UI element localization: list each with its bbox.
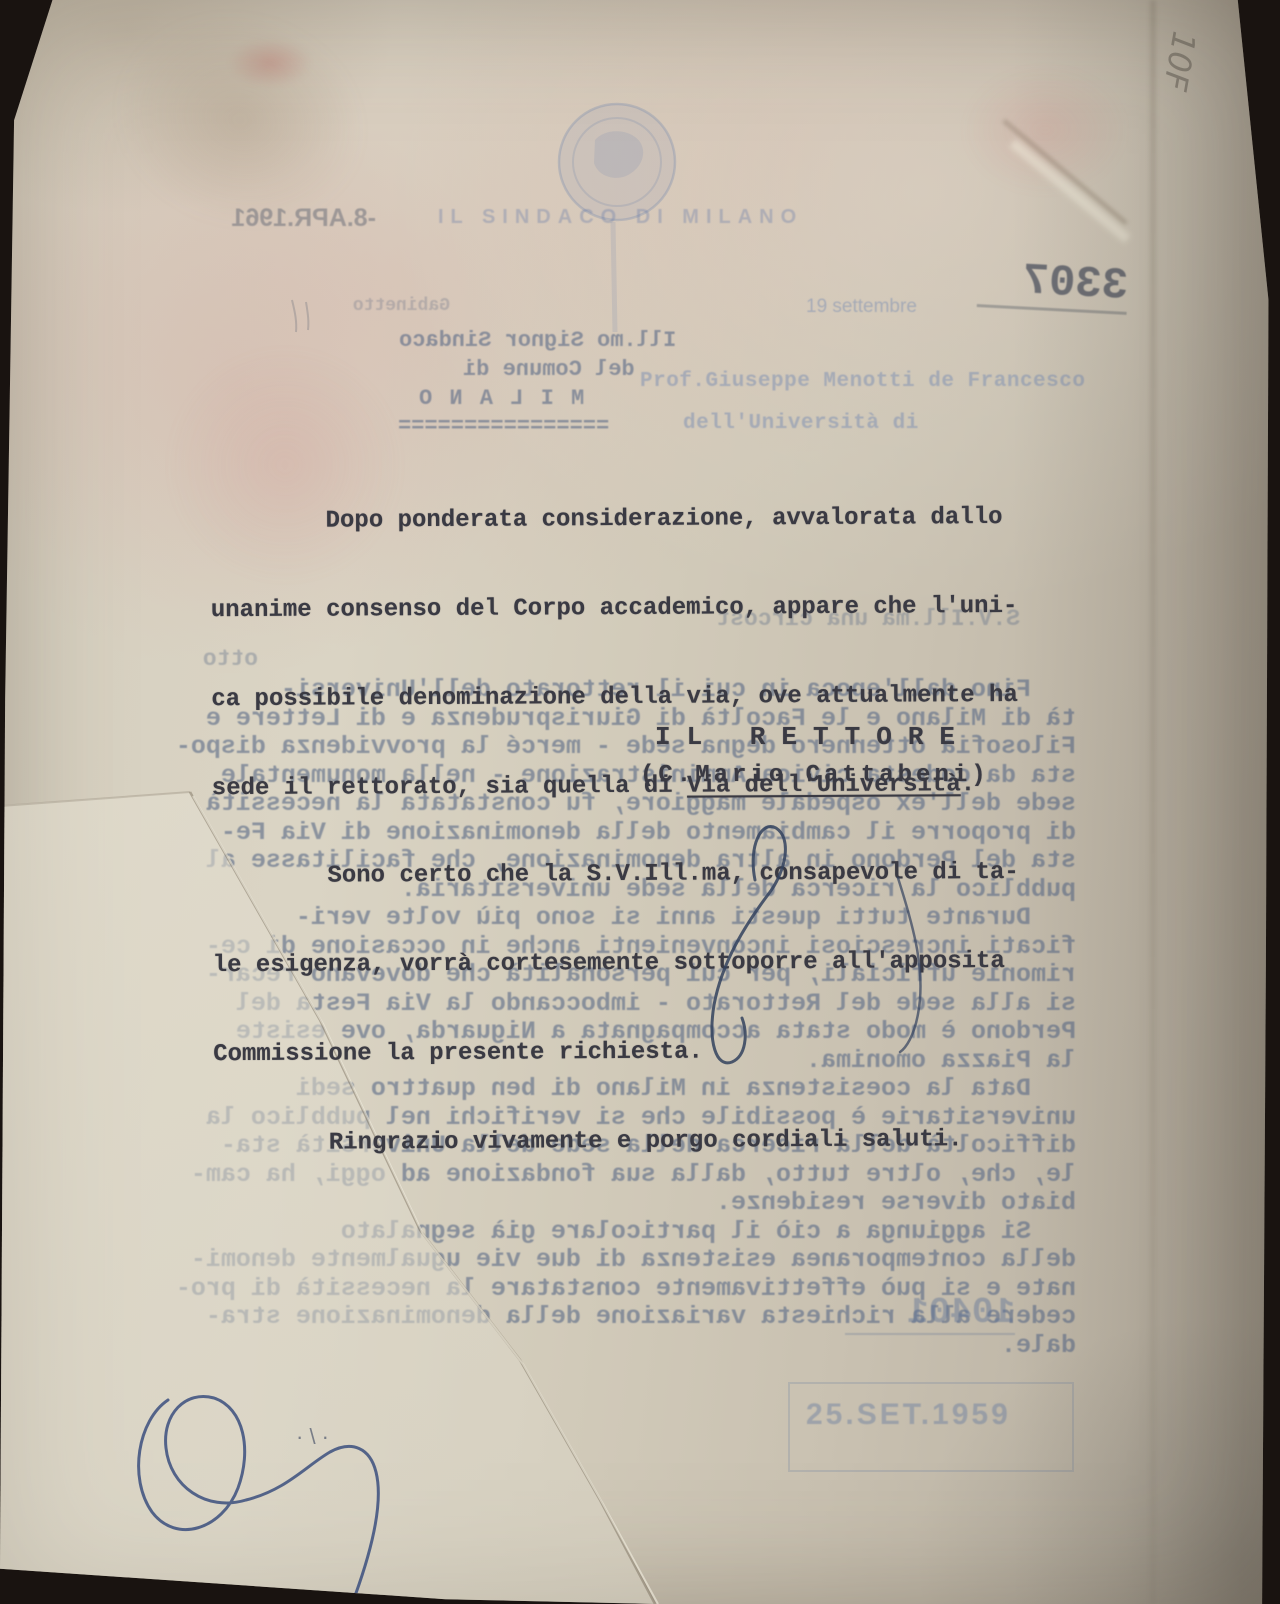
photo-backdrop: -8.APR.1961 3307 Gabinetto Ill.mo Signor… <box>0 0 1280 1604</box>
letter-sheet: -8.APR.1961 3307 Gabinetto Ill.mo Signor… <box>0 0 1280 1604</box>
ink-dots-mark: · \ · <box>296 1424 329 1450</box>
ink-paraph-flourish <box>0 0 1280 1604</box>
scanned-letter-photo: { "meta": { "document_type": "scanned ty… <box>0 0 1280 1604</box>
